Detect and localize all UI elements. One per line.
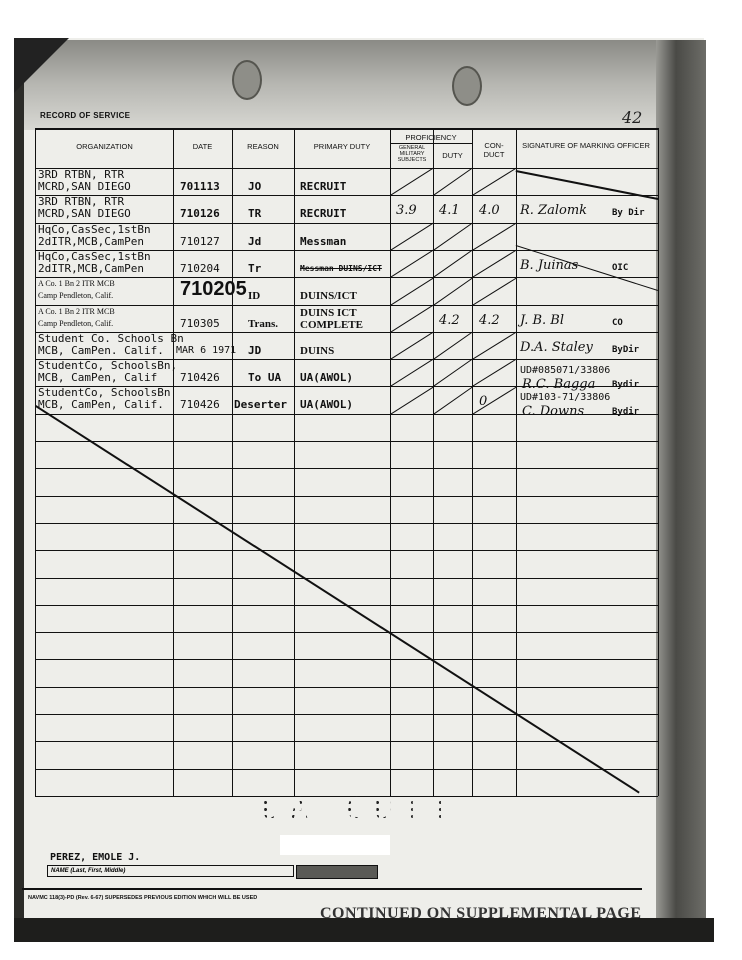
- reason-value: JO: [248, 181, 261, 193]
- grid-line: [35, 578, 658, 579]
- organization-line-2: MCB, CamPen, Calif.: [38, 399, 164, 411]
- organization-line-1: A Co. 1 Bn 2 ITR MCB: [38, 306, 115, 318]
- grid-line: [173, 128, 174, 796]
- footer-rule: [22, 888, 642, 890]
- duty-mark: 4.2: [439, 313, 460, 328]
- grid-line: [35, 659, 658, 660]
- grid-line: [35, 128, 658, 130]
- reason-value: JD: [248, 345, 261, 357]
- reason-value: ID: [248, 290, 260, 302]
- grid-line: [35, 687, 658, 688]
- redaction-box: [280, 835, 390, 855]
- name-label: NAME (Last, First, Middle): [47, 865, 294, 877]
- col-organization: ORGANIZATION: [36, 142, 173, 151]
- grid-line: [35, 195, 658, 196]
- date-value: MAR 6 1971: [176, 345, 236, 357]
- reason-value: Trans.: [248, 318, 278, 330]
- dotted-stamp: UA CUTT: [262, 790, 458, 827]
- date-value: 710305: [180, 318, 220, 330]
- grid-line: [658, 128, 659, 796]
- scan-edge-left: [14, 38, 24, 938]
- signature-title: Bydir: [612, 406, 639, 418]
- general-military-subjects-mark: 3.9: [396, 203, 417, 218]
- marking-officer-signature-2: C. Downs: [522, 404, 584, 419]
- conduct-mark: 4.2: [479, 313, 500, 328]
- form-title: RECORD OF SERVICE: [40, 111, 130, 120]
- grid-line: [294, 128, 295, 796]
- date-value: 710426: [180, 372, 220, 384]
- reason-value: Deserter: [234, 399, 287, 411]
- primary-duty-value: RECRUIT: [300, 208, 346, 220]
- grid-line: [516, 128, 517, 796]
- grid-line: [35, 632, 658, 633]
- primary-duty-value: DUINS: [300, 345, 334, 357]
- organization-line-2: MCRD,SAN DIEGO: [38, 208, 131, 220]
- scan-edge-right: [656, 40, 706, 940]
- signature-title: By Dir: [612, 207, 645, 219]
- primary-duty-value: UA(AWOL): [300, 372, 353, 384]
- staple-hole-icon: [232, 60, 262, 100]
- primary-duty-value: DUINS/ICT: [300, 290, 357, 302]
- col-proficiency: PROFICIENCY: [390, 133, 472, 142]
- conduct-mark: 4.0: [479, 203, 500, 218]
- organization-line-1: A Co. 1 Bn 2 ITR MCB: [38, 278, 115, 290]
- primary-duty-value: Messman DUINS/ICT: [300, 263, 382, 275]
- date-value: 710426: [180, 399, 220, 411]
- col-reason: REASON: [232, 142, 294, 151]
- marking-officer-signature: J. B. Bl: [520, 313, 564, 328]
- grid-line: [390, 143, 472, 144]
- grid-line: [35, 128, 36, 796]
- grid-line: [390, 128, 391, 796]
- service-number-box: [296, 865, 378, 879]
- grid-line: [35, 441, 658, 442]
- primary-duty-value: DUINS ICT COMPLETE: [300, 307, 380, 331]
- col-primary-duty: PRIMARY DUTY: [294, 142, 390, 151]
- organization-line-2: Camp Pendleton, Calif.: [38, 318, 113, 330]
- date-value: 701113: [180, 181, 220, 193]
- corner-cut: [14, 38, 69, 93]
- organization-line-1: HqCo,CasSec,1stBn: [38, 224, 151, 236]
- primary-duty-value: Messman: [300, 236, 346, 248]
- marking-officer-signature: UD#085071/33806: [520, 365, 610, 377]
- reason-value: To UA: [248, 372, 281, 384]
- grid-line: [35, 550, 658, 551]
- marking-officer-signature: D.A. Staley: [520, 340, 593, 355]
- grid-line: [35, 523, 658, 524]
- organization-line-2: 2dITR,MCB,CamPen: [38, 236, 144, 248]
- signature-title: ByDir: [612, 344, 639, 356]
- grid-line: [35, 741, 658, 742]
- reason-value: Jd: [248, 236, 261, 248]
- organization-line-1: Student Co. Schools Bn: [38, 333, 184, 345]
- col-conduct: CON- DUCT: [474, 141, 514, 159]
- continued-stamp: CONTINUED ON SUPPLEMENTAL PAGE: [320, 905, 642, 923]
- date-value: 710205: [180, 283, 247, 295]
- primary-duty-value: RECRUIT: [300, 181, 346, 193]
- duty-mark: 4.1: [439, 203, 460, 218]
- col-duty: DUTY: [433, 151, 472, 160]
- grid-line: [35, 714, 658, 715]
- marking-officer-signature-2: R.C. Bagga: [522, 377, 595, 392]
- reason-value: TR: [248, 208, 261, 220]
- grid-line: [35, 277, 658, 278]
- signature-title: CO: [612, 317, 623, 329]
- grid-line: [472, 128, 473, 796]
- grid-line: [35, 769, 658, 770]
- grid-line: [433, 128, 434, 796]
- reason-value: Tr: [248, 263, 261, 275]
- date-value: 710204: [180, 263, 220, 275]
- organization-line-2: MCB, CamPen, Calif: [38, 372, 157, 384]
- staple-hole-icon: [452, 66, 482, 106]
- organization-line-2: 2dITR,MCB,CamPen: [38, 263, 144, 275]
- signature-title: OIC: [612, 262, 628, 274]
- col-date: DATE: [173, 142, 232, 151]
- primary-duty-value: UA(AWOL): [300, 399, 353, 411]
- organization-line-2: Camp Pendleton, Calif.: [38, 290, 113, 302]
- date-value: 710126: [180, 208, 220, 220]
- grid-line: [35, 305, 658, 306]
- marking-officer-signature: UD#103-71/33806: [520, 392, 610, 404]
- col-general-military-subjects: GENERAL MILITARY SUBJECTS: [391, 145, 433, 163]
- grid-line: [35, 168, 658, 169]
- signature-title: Bydir: [612, 379, 639, 391]
- page-number: 42: [622, 108, 642, 127]
- form-number: NAVMC 118(3)-PD (Rev. 6-67) SUPERSEDES P…: [28, 895, 257, 901]
- col-signature: SIGNATURE OF MARKING OFFICER: [516, 141, 656, 150]
- date-value: 710127: [180, 236, 220, 248]
- grid-line: [35, 496, 658, 497]
- marking-officer-signature: B. Juinas: [520, 258, 578, 273]
- grid-line: [232, 128, 233, 796]
- organization-line-2: MCB, CamPen. Calif.: [38, 345, 164, 357]
- organization-line-2: MCRD,SAN DIEGO: [38, 181, 131, 193]
- grid-line: [35, 468, 658, 469]
- marking-officer-signature: R. Zalomk: [520, 203, 587, 218]
- name-value: PEREZ, EMOLE J.: [50, 852, 140, 863]
- conduct-mark: 0: [479, 394, 487, 409]
